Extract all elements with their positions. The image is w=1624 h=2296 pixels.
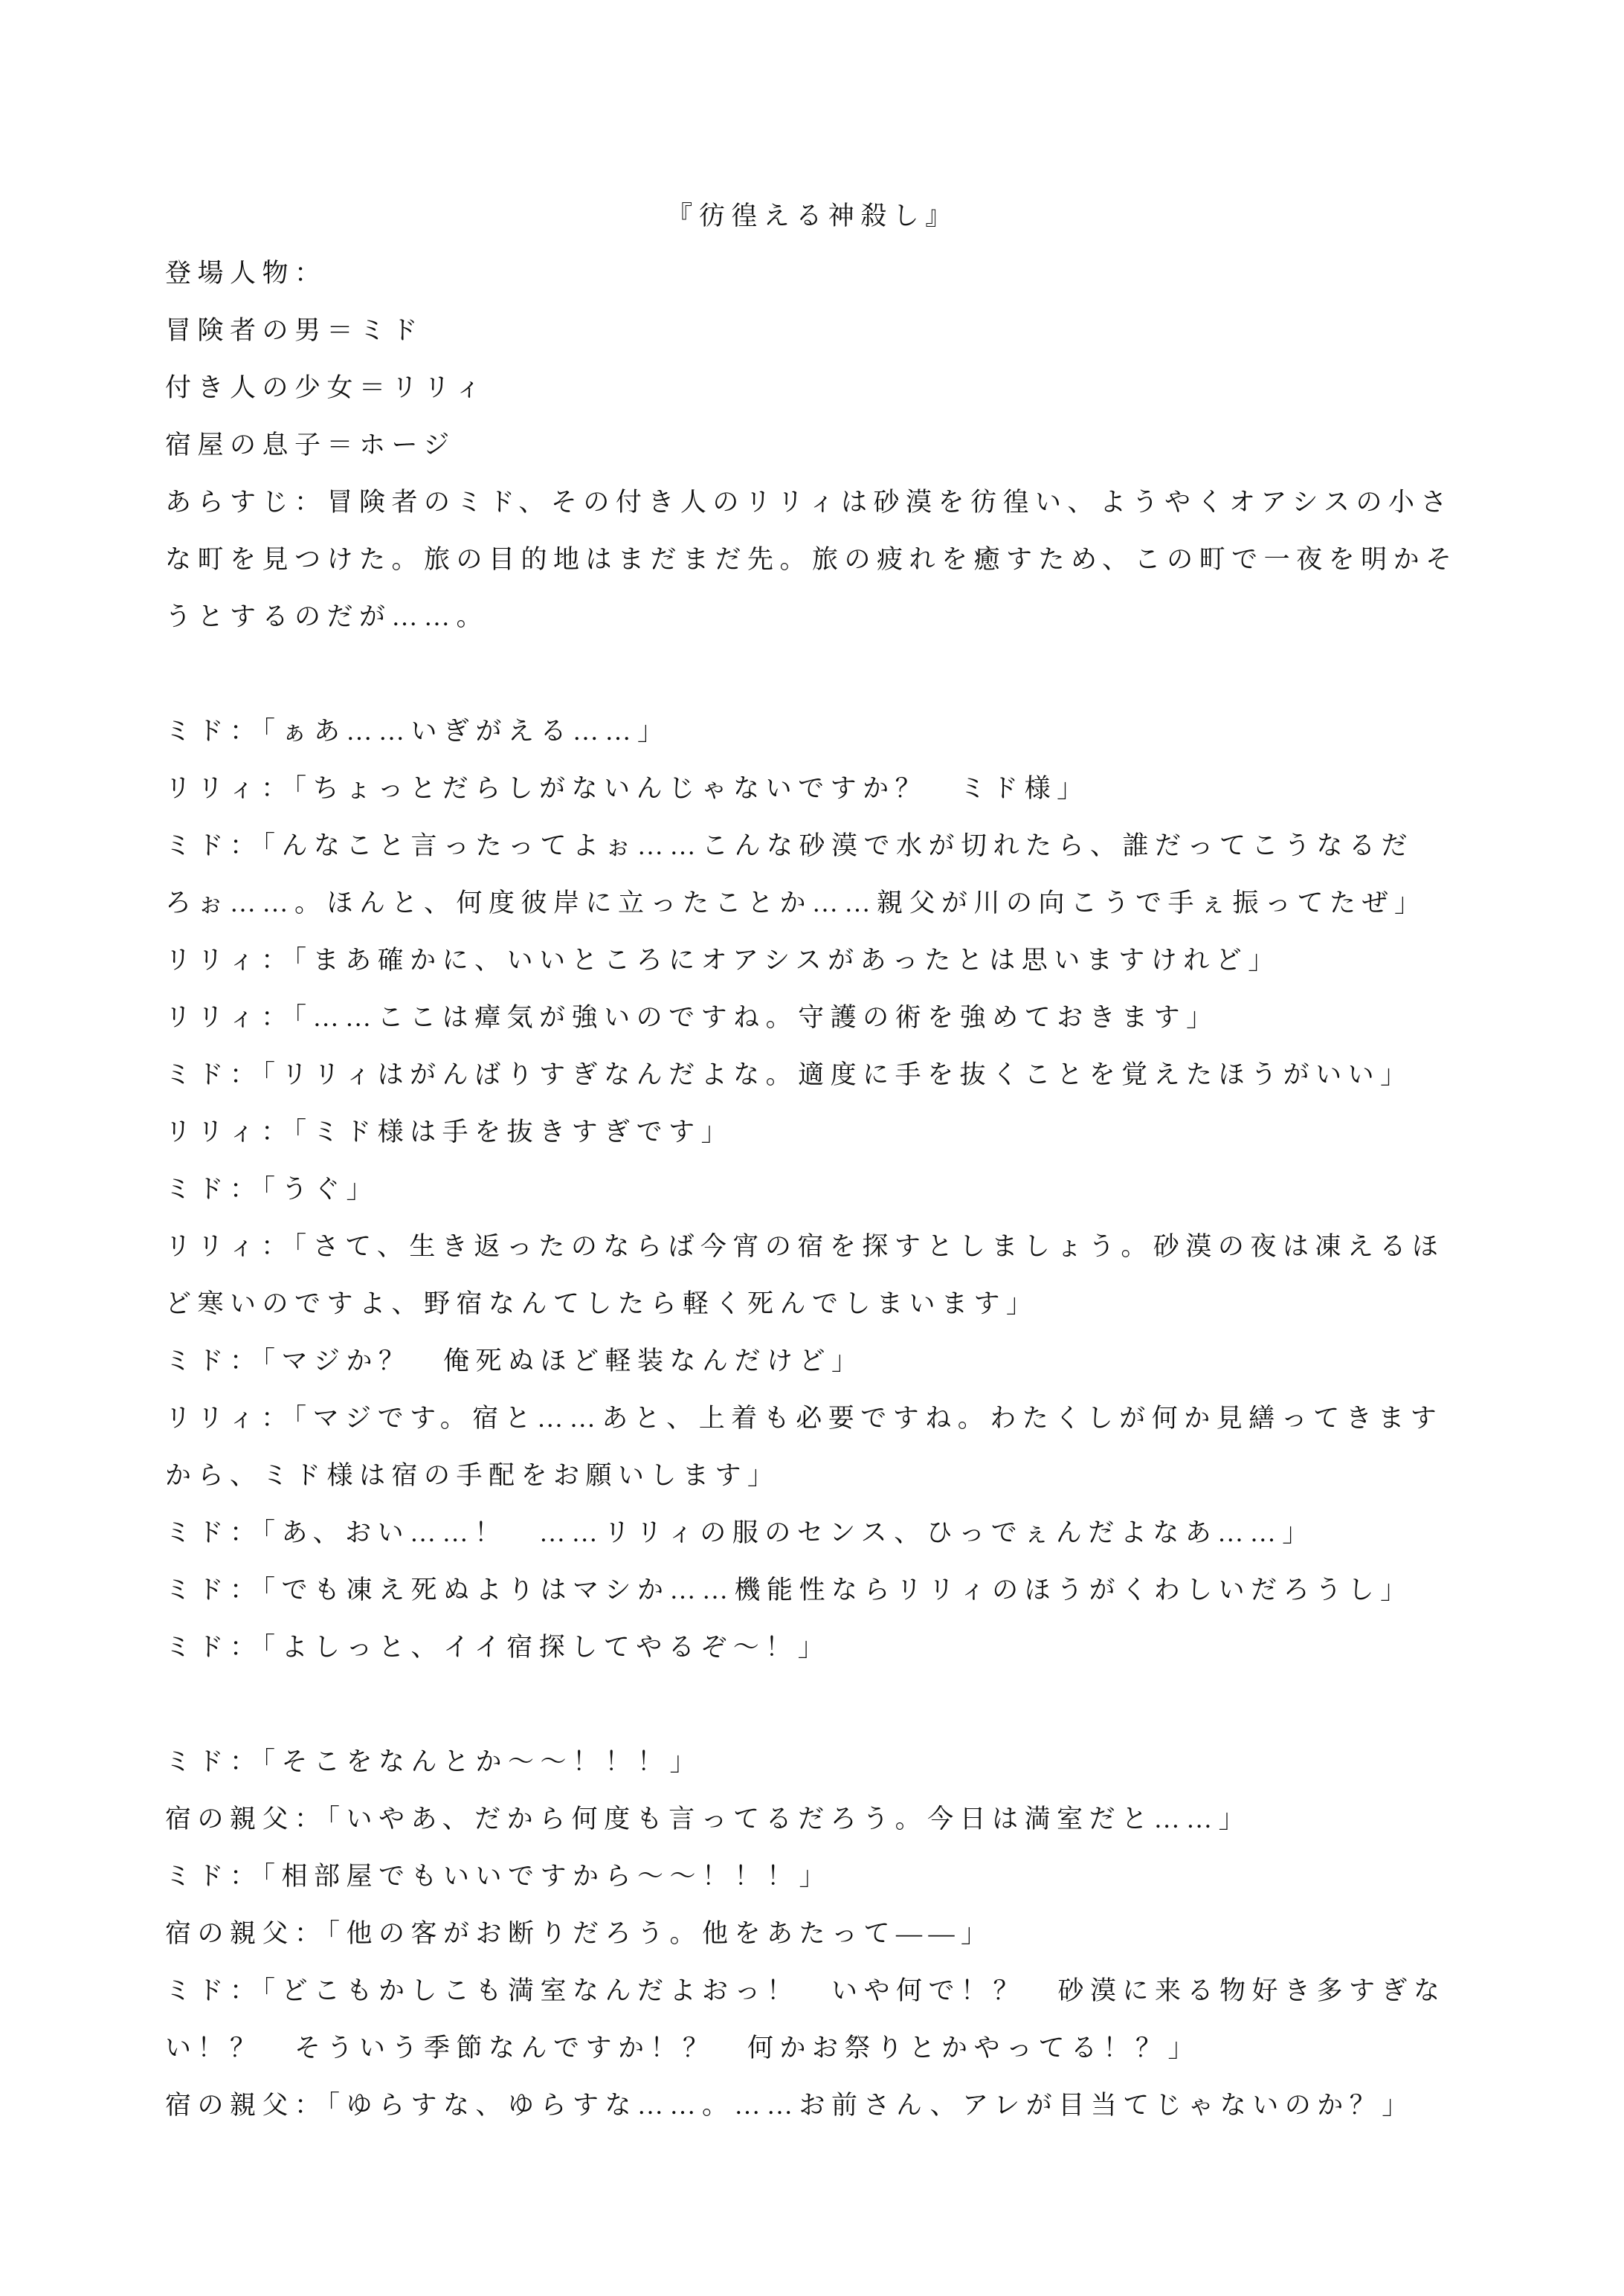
dialogue-line: リリィ：「ミド様は手を抜きすぎです」: [165, 1103, 1474, 1161]
dialogue-line: ミド：「あ、おい……！ ……リリィの服のセンス、ひっでぇんだよなあ……」: [165, 1504, 1474, 1561]
dialogue-line: リリィ：「……ここは瘴気が強いのですね。守護の術を強めておきます」: [165, 989, 1474, 1046]
paragraph-break: [165, 645, 1474, 703]
dialogue-line: リリィ：「ちょっとだらしがないんじゃないですか？ ミド様」: [165, 760, 1474, 817]
dialogue-line: ミド：「マジか？ 俺死ぬほど軽装なんだけど」: [165, 1332, 1474, 1390]
document-page: 『彷徨える神殺し』 登場人物： 冒険者の男＝ミド 付き人の少女＝リリィ 宿屋の息…: [0, 0, 1624, 2296]
dialogue-line: 宿の親父：「他の客がお断りだろう。他をあたって——」: [165, 1905, 1474, 1962]
dialogue-line: ろぉ……。ほんと、何度彼岸に立ったことか……親父が川の向こうで手ぇ振ってたぜ」: [165, 874, 1474, 932]
dialogue-line: 宿の親父：「ゆらすな、ゆらすな……。……お前さん、アレが目当てじゃないのか？」: [165, 2077, 1474, 2134]
dialogue-line: リリィ：「まあ確かに、いいところにオアシスがあったとは思いますけれど」: [165, 932, 1474, 989]
dialogue-line: ミド：「そこをなんとか〜〜！！！」: [165, 1733, 1474, 1790]
synopsis-line: あらすじ：冒険者のミド、その付き人のリリィは砂漠を彷徨い、ようやくオアシスの小さ: [165, 474, 1474, 531]
dialogue-line: リリィ：「さて、生き返ったのならば今宵の宿を探すとしましょう。砂漠の夜は凍えるほ: [165, 1218, 1474, 1275]
dialogue-line: ミド：「どこもかしこも満室なんだよおっ！ いや何で！？ 砂漠に来る物好き多すぎな: [165, 1962, 1474, 2019]
dialogue-line: ミド：「うぐ」: [165, 1161, 1474, 1218]
dialogue-line: リリィ：「マジです。宿と……あと、上着も必要ですね。わたくしが何か見繕ってきます: [165, 1390, 1474, 1447]
dialogue-line: ど寒いのですよ、野宿なんてしたら軽く死んでしまいます」: [165, 1275, 1474, 1332]
character-entry: 冒険者の男＝ミド: [165, 302, 1474, 359]
dialogue-line: ミド：「でも凍え死ぬよりはマシか……機能性ならリリィのほうがくわしいだろうし」: [165, 1561, 1474, 1619]
dialogue-line: ミド：「よしっと、イイ宿探してやるぞ〜！」: [165, 1619, 1474, 1676]
characters-heading: 登場人物：: [165, 245, 1474, 302]
dialogue-line: い！？ そういう季節なんですか！？ 何かお祭りとかやってる！？」: [165, 2019, 1474, 2077]
dialogue-line: ミド：「ぁあ……いぎがえる……」: [165, 703, 1474, 760]
document-body: 登場人物： 冒険者の男＝ミド 付き人の少女＝リリィ 宿屋の息子＝ホージ あらすじ…: [165, 245, 1474, 2134]
character-entry: 宿屋の息子＝ホージ: [165, 416, 1474, 474]
document-title: 『彷徨える神殺し』: [0, 187, 1624, 245]
synopsis-line: な町を見つけた。旅の目的地はまだまだ先。旅の疲れを癒すため、この町で一夜を明かそ: [165, 531, 1474, 588]
dialogue-line: から、ミド様は宿の手配をお願いします」: [165, 1447, 1474, 1504]
dialogue-line: ミド：「リリィはがんばりすぎなんだよな。適度に手を抜くことを覚えたほうがいい」: [165, 1046, 1474, 1103]
dialogue-line: 宿の親父：「いやあ、だから何度も言ってるだろう。今日は満室だと……」: [165, 1790, 1474, 1848]
dialogue-line: ミド：「んなこと言ったってよぉ……こんな砂漠で水が切れたら、誰だってこうなるだ: [165, 817, 1474, 874]
synopsis-line: うとするのだが……。: [165, 588, 1474, 645]
character-entry: 付き人の少女＝リリィ: [165, 359, 1474, 416]
dialogue-line: ミド：「相部屋でもいいですから〜〜！！！」: [165, 1848, 1474, 1905]
paragraph-break: [165, 1676, 1474, 1733]
